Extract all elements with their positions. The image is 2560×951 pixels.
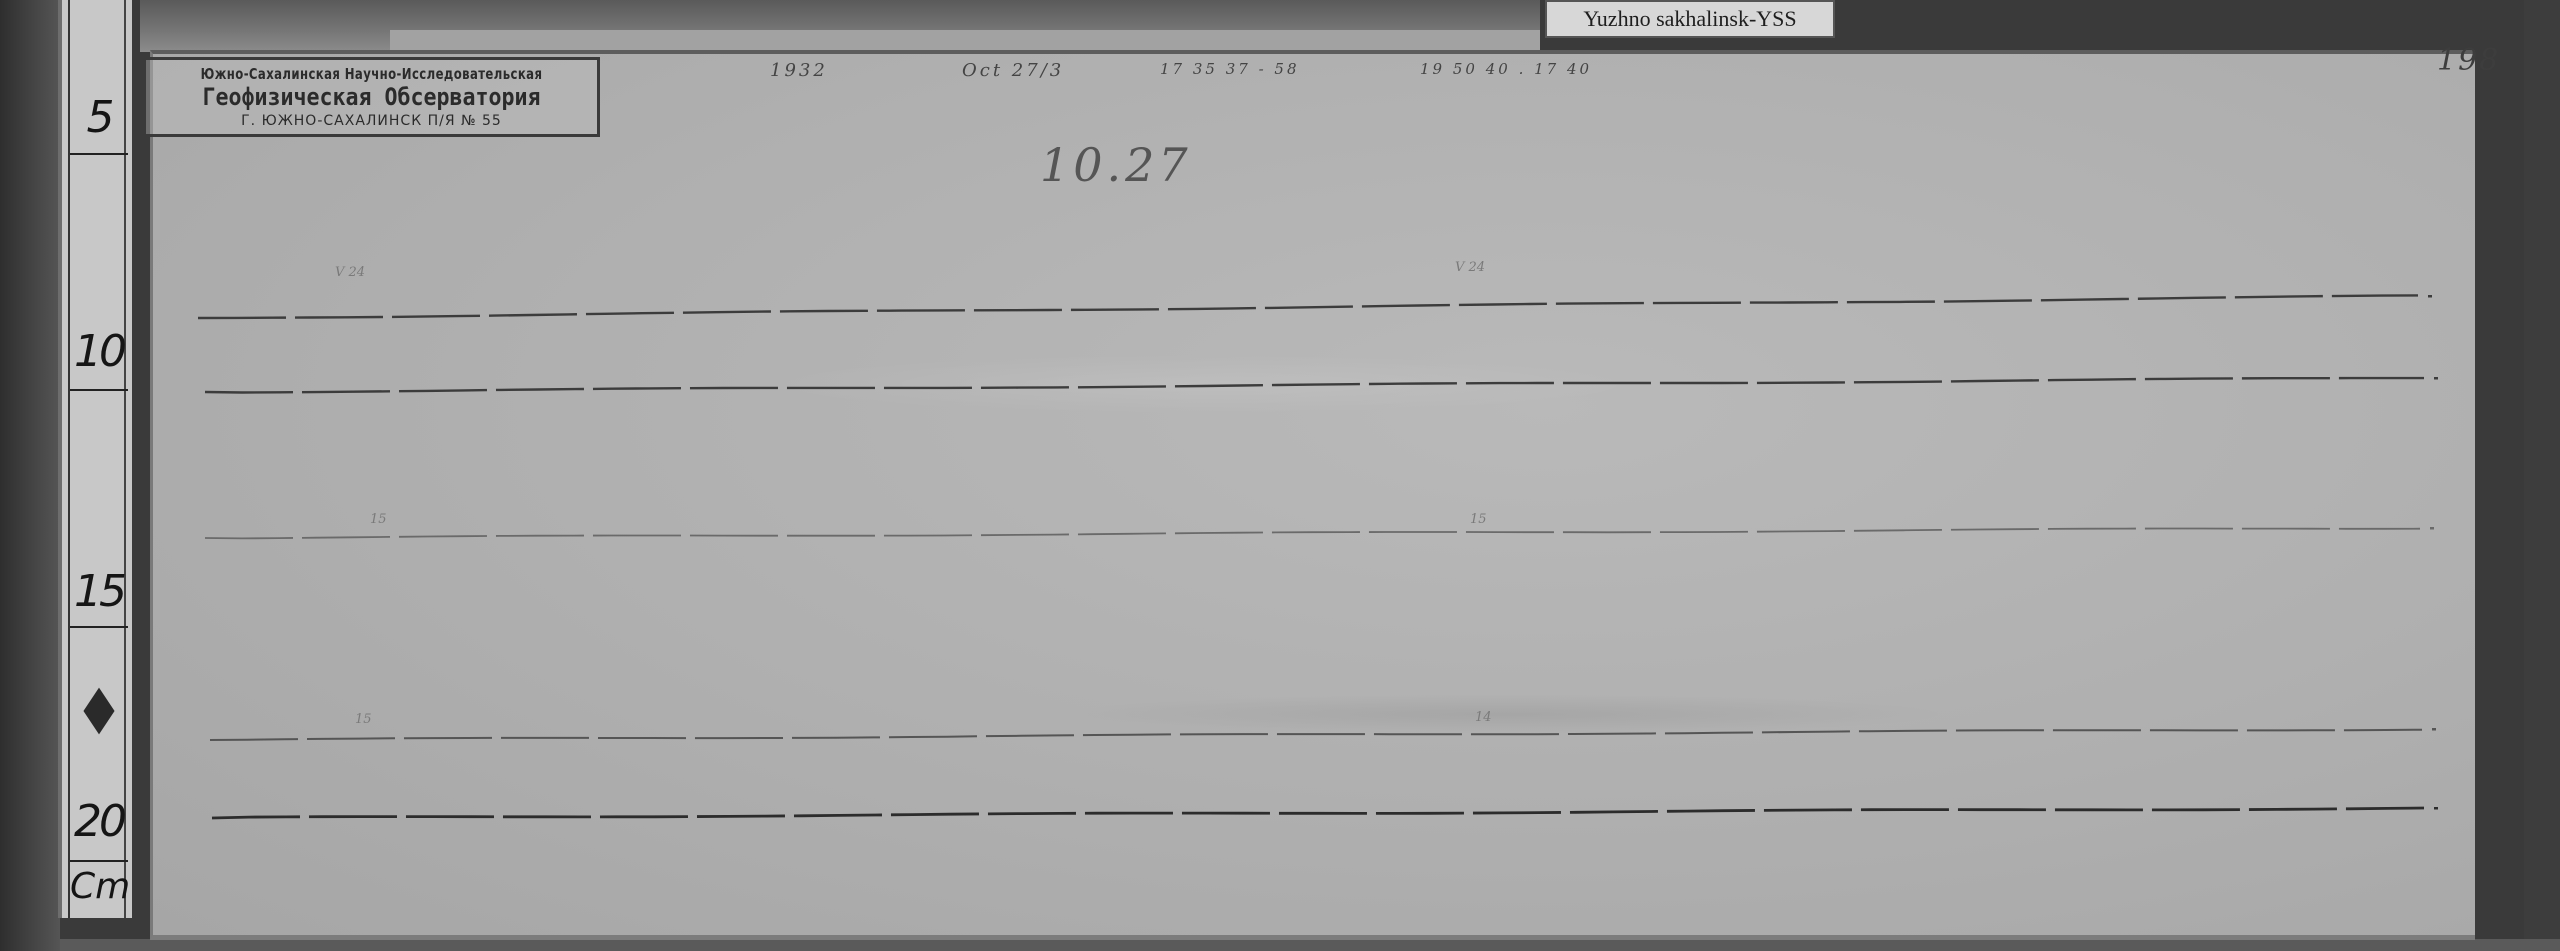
paper-crease [1053, 694, 1953, 734]
ruler-tick [70, 153, 128, 155]
observatory-stamp: Южно-Сахалинская Научно-Исследовательска… [143, 57, 600, 137]
ruler-body: 5 10 15 20 Cm [68, 0, 126, 918]
ruler-mark-15: 15 [70, 570, 128, 614]
ruler-mark-20: 20 [70, 800, 128, 844]
ruler-mark-5: 5 [70, 96, 128, 140]
handwritten-date: Oct 27/3 [962, 60, 1064, 81]
sheet-number: 198 [2437, 43, 2500, 78]
scanner-background-left [0, 0, 60, 951]
ruler-tick [70, 626, 128, 628]
paper-crease [753, 354, 1653, 414]
station-label-tag: Yuzhno sakhalinsk-YSS [1545, 0, 1835, 38]
scanner-background-bottom [60, 939, 2560, 951]
stamp-institute-line: Южно-Сахалинская Научно-Исследовательска… [196, 65, 548, 83]
stamp-observatory-name: Геофизическая Обсерватория [169, 83, 575, 111]
ruler-unit-label: Cm [70, 866, 128, 907]
handwritten-record-id: 10.27 [1040, 138, 1192, 192]
seismogram-sheet [150, 50, 2475, 940]
handwritten-end-time: 19 50 40 . 17 40 [1420, 60, 1592, 78]
scale-ruler: 5 10 15 20 Cm [58, 0, 132, 918]
minute-mark-annotation: 15 [355, 712, 372, 727]
handwritten-start-time: 17 35 37 - 58 [1160, 60, 1300, 78]
ruler-mark-10: 10 [70, 330, 128, 374]
station-name: Yuzhno sakhalinsk-YSS [1583, 6, 1796, 32]
ruler-tick [70, 389, 128, 391]
minute-mark-annotation: V 24 [335, 265, 365, 280]
handwritten-year: 1932 [770, 60, 828, 81]
stamp-address: Г. ЮЖНО-САХАЛИНСК П/Я № 55 [146, 113, 597, 129]
diamond-marker-icon [83, 688, 114, 735]
scanner-background-right [2524, 0, 2560, 951]
minute-mark-annotation: 14 [1475, 710, 1492, 725]
minute-mark-annotation: V 24 [1455, 260, 1485, 275]
minute-mark-annotation: 15 [370, 512, 387, 527]
minute-mark-annotation: 15 [1470, 512, 1487, 527]
ruler-tick [70, 860, 128, 862]
